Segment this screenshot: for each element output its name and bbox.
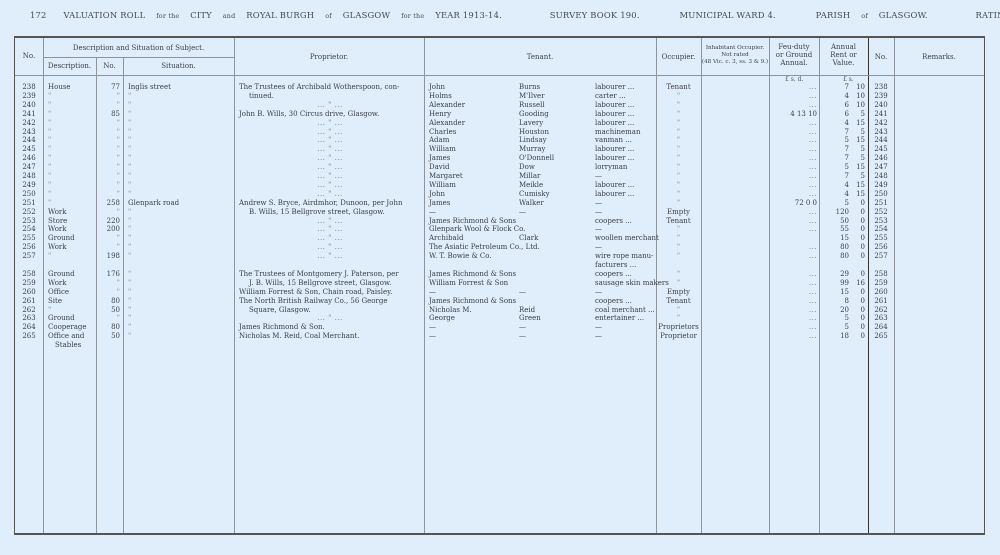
valuation-table: No. Description and Situation of Subject… [14, 36, 985, 535]
proprietor: ... " ... [239, 145, 421, 154]
feu-duty: ... [771, 270, 817, 279]
proprietor: James Richmond & Son. [239, 323, 421, 332]
street-number: 258 [96, 199, 120, 208]
rent-shillings: 0 [851, 252, 865, 261]
col-header-tenant: Tenant. [424, 53, 656, 61]
row-number: 245 [19, 145, 39, 154]
rent-shillings: 15 [851, 181, 865, 190]
street-number: " [96, 101, 120, 110]
tenant-occupation: vanman ... [595, 136, 655, 145]
col-divider [234, 38, 235, 533]
tenant-surname: Clark [519, 234, 589, 243]
survey-book: SURVEY BOOK 190. [550, 10, 640, 20]
tenant-occupation: labourer ... [595, 101, 655, 110]
row-number: 238 [19, 83, 39, 92]
rent-shillings: 0 [851, 199, 865, 208]
occupier: " [656, 270, 701, 279]
rent-shillings: 10 [851, 101, 865, 110]
row-number: 246 [19, 154, 39, 163]
row-number-right: 244 [870, 136, 892, 145]
tenant-surname: — [519, 332, 589, 341]
rent-pounds: 5 [821, 163, 849, 172]
street-number: " [96, 119, 120, 128]
rent-shillings: 0 [851, 323, 865, 332]
proprietor: ... " ... [239, 136, 421, 145]
proprietor: tinued. [249, 92, 431, 101]
situation: Glenpark road [128, 199, 198, 208]
rent-pounds: 7 [821, 154, 849, 163]
tenant-occupation: — [595, 243, 655, 252]
row-number: 251 [19, 199, 39, 208]
rent-pounds: 4 [821, 119, 849, 128]
situation: " [128, 181, 198, 190]
row-number: 248 [19, 172, 39, 181]
tenant-surname: Green [519, 314, 589, 323]
rent-shillings: 10 [851, 92, 865, 101]
rent-pounds: 15 [821, 234, 849, 243]
description: Ground [48, 270, 94, 279]
tenant-occupation: — [595, 208, 655, 217]
rent-shillings: 0 [851, 225, 865, 234]
tenant-occupation: entertainer ... [595, 314, 655, 323]
occupier: " [656, 119, 701, 128]
row-number: 244 [19, 136, 39, 145]
row-number-right: 242 [870, 119, 892, 128]
col-divider [868, 38, 869, 533]
feu-duty: ... [771, 306, 817, 315]
street-number: 200 [96, 225, 120, 234]
occupier: " [656, 145, 701, 154]
tenant-surname: Burns [519, 83, 589, 92]
description: " [48, 101, 94, 110]
col-header-proprietor: Proprietor. [234, 53, 424, 61]
proprietor: The North British Railway Co., 56 George [239, 297, 421, 306]
proprietor: ... " ... [239, 234, 421, 243]
tenant-occupation: labourer ... [595, 83, 655, 92]
row-number: 262 [19, 306, 39, 315]
situation: " [128, 297, 198, 306]
occupier: " [656, 243, 701, 252]
row-number-right: 257 [870, 252, 892, 261]
col-header-no: No. [15, 52, 43, 60]
row-number-right: 256 [870, 243, 892, 252]
situation: " [128, 119, 198, 128]
description: Work [48, 279, 94, 288]
rent-pounds: 7 [821, 145, 849, 154]
feu-duty: ... [771, 225, 817, 234]
roll-title: VALUATION ROLL for the CITY and ROYAL BU… [63, 10, 512, 20]
row-number: 247 [19, 163, 39, 172]
rent-pounds: 80 [821, 243, 849, 252]
street-number: " [96, 154, 120, 163]
rent-pounds: 99 [821, 279, 849, 288]
street-number: " [96, 234, 120, 243]
tenant-occupation: labourer ... [595, 181, 655, 190]
occupier: " [656, 279, 701, 288]
feu-duty: ... [771, 288, 817, 297]
situation: " [128, 234, 198, 243]
feu-duty: 4 13 10 [771, 110, 817, 119]
row-number-right: 243 [870, 128, 892, 137]
occupier: " [656, 234, 701, 243]
tenant-surname: Houston [519, 128, 589, 137]
rent-shillings: 0 [851, 234, 865, 243]
proprietor: ... " ... [239, 128, 421, 137]
row-number-right: 245 [870, 145, 892, 154]
row-number: 255 [19, 234, 39, 243]
situation: " [128, 306, 198, 315]
street-number: " [96, 190, 120, 199]
rating-area: RATING AREA—GLASGOW. [976, 10, 1000, 20]
description: " [48, 172, 94, 181]
feu-duty: ... [771, 252, 817, 261]
rent-pounds: 20 [821, 306, 849, 315]
rent-pounds: 120 [821, 208, 849, 217]
street-number: " [96, 279, 120, 288]
situation: " [128, 190, 198, 199]
feu-duty: ... [771, 83, 817, 92]
tenant-occupation: — [595, 199, 655, 208]
occupier: " [656, 92, 701, 101]
row-number-right: 255 [870, 234, 892, 243]
proprietor: ... " ... [239, 181, 421, 190]
occupier: " [656, 306, 701, 315]
description: Ground [48, 314, 94, 323]
tenant-occupation: wire rope manu- [595, 252, 655, 261]
tenant-first-name: W. T. Bowie & Co. [429, 252, 549, 261]
proprietor: ... " ... [239, 252, 421, 261]
col-header-inhabitant-occupier: Inhabitant Occupier.Not rated(48 Vic. c.… [701, 45, 769, 66]
tenant-occupation: — [595, 323, 655, 332]
street-number: " [96, 172, 120, 181]
tenant-first-name: James Richmond & Sons [429, 297, 549, 306]
page-running-header: 172 VALUATION ROLL for the CITY and ROYA… [30, 10, 990, 20]
situation: " [128, 323, 198, 332]
proprietor: Andrew S. Bryce, Airdmhor, Dunoon, per J… [239, 199, 421, 208]
proprietor: ... " ... [239, 163, 421, 172]
tenant-occupation: coopers ... [595, 217, 655, 226]
rent-shillings: 5 [851, 128, 865, 137]
row-number: 256 [19, 243, 39, 252]
description: House [48, 83, 94, 92]
street-number: " [96, 128, 120, 137]
proprietor: ... " ... [239, 314, 421, 323]
tenant-surname: O'Donnell [519, 154, 589, 163]
col-divider [894, 38, 895, 533]
street-number: " [96, 288, 120, 297]
feu-duty: ... [771, 332, 817, 341]
tenant-first-name: James Richmond & Sons [429, 270, 549, 279]
occupier: " [656, 163, 701, 172]
rent-shillings: 0 [851, 217, 865, 226]
proprietor: The Trustees of Montgomery J. Paterson, … [239, 270, 421, 279]
tenant-surname: Reid [519, 306, 589, 315]
street-number: " [96, 92, 120, 101]
description: " [48, 136, 94, 145]
row-number: 239 [19, 92, 39, 101]
feu-duty: ... [771, 128, 817, 137]
description: " [48, 145, 94, 154]
occupier: " [656, 110, 701, 119]
description: Ground [48, 234, 94, 243]
rent-shillings: 0 [851, 270, 865, 279]
parish: PARISH of GLASGOW. [816, 10, 939, 20]
row-number-right: 240 [870, 101, 892, 110]
occupier: " [656, 190, 701, 199]
col-header-group-description: Description and Situation of Subject. [43, 44, 234, 52]
municipal-ward: MUNICIPAL WARD 4. [679, 10, 775, 20]
row-number-right: 251 [870, 199, 892, 208]
occupier: Tenant [656, 217, 701, 226]
tenant-occupation: coopers ... [595, 270, 655, 279]
row-number-right: 258 [870, 270, 892, 279]
rent-pounds: 4 [821, 92, 849, 101]
tenant-occupation: machineman [595, 128, 655, 137]
proprietor: ... " ... [239, 101, 421, 110]
street-number: " [96, 145, 120, 154]
rent-shillings: 15 [851, 136, 865, 145]
tenant-occupation: carter ... [595, 92, 655, 101]
tenant-surname: — [519, 323, 589, 332]
tenant-surname: Meikle [519, 181, 589, 190]
row-number: 243 [19, 128, 39, 137]
description: Site [48, 297, 94, 306]
tenant-occupation: labourer ... [595, 190, 655, 199]
page-number: 172 [30, 10, 47, 20]
tenant-first-name: William Forrest & Son [429, 279, 549, 288]
feu-duty: ... [771, 145, 817, 154]
occupier: " [656, 136, 701, 145]
occupier: " [656, 172, 701, 181]
situation: " [128, 279, 198, 288]
description: " [48, 154, 94, 163]
rent-shillings: 15 [851, 163, 865, 172]
row-number: 252 [19, 208, 39, 217]
rent-shillings: 15 [851, 190, 865, 199]
description: " [48, 110, 94, 119]
row-number-right: 253 [870, 217, 892, 226]
rent-pounds: 7 [821, 128, 849, 137]
street-number: 50 [96, 306, 120, 315]
description: Work [48, 243, 94, 252]
street-number: 85 [96, 110, 120, 119]
col-header-occupier: Occupier. [656, 53, 701, 61]
feu-currency-units: £ s. d. [785, 76, 803, 83]
row-number: 265 [19, 332, 39, 341]
street-number: " [96, 163, 120, 172]
description: " [48, 119, 94, 128]
col-header-description: Description. [43, 62, 96, 70]
row-number-right: 248 [870, 172, 892, 181]
rent-shillings: 0 [851, 297, 865, 306]
row-number: 260 [19, 288, 39, 297]
street-number: 77 [96, 83, 120, 92]
proprietor: J. B. Wills, 15 Bellgrove street, Glasgo… [249, 279, 431, 288]
row-number-right: 261 [870, 297, 892, 306]
row-number: 261 [19, 297, 39, 306]
occupier: " [656, 314, 701, 323]
feu-duty: ... [771, 172, 817, 181]
description: " [48, 199, 94, 208]
tenant-first-name: The Asiatic Petroleum Co., Ltd. [429, 243, 549, 252]
rent-pounds: 55 [821, 225, 849, 234]
occupier: Tenant [656, 83, 701, 92]
street-number: " [96, 181, 120, 190]
row-number: 240 [19, 101, 39, 110]
row-number: 249 [19, 181, 39, 190]
row-number: 259 [19, 279, 39, 288]
rent-pounds: 4 [821, 181, 849, 190]
col-divider [123, 58, 124, 533]
rent-pounds: 50 [821, 217, 849, 226]
proprietor: ... " ... [239, 119, 421, 128]
feu-duty: ... [771, 297, 817, 306]
tenant-occupation: — [595, 288, 655, 297]
rent-pounds: 5 [821, 314, 849, 323]
feu-duty: ... [771, 208, 817, 217]
col-divider [769, 38, 770, 533]
rent-pounds: 5 [821, 199, 849, 208]
occupier: " [656, 252, 701, 261]
street-number: " [96, 314, 120, 323]
street-number: " [96, 208, 120, 217]
rent-pounds: 80 [821, 252, 849, 261]
tenant-surname: Murray [519, 145, 589, 154]
col-header-situation: Situation. [123, 62, 234, 70]
rent-pounds: 29 [821, 270, 849, 279]
street-number: " [96, 243, 120, 252]
col-header-street-no: No. [96, 62, 123, 70]
situation: " [128, 314, 198, 323]
row-number-right: 260 [870, 288, 892, 297]
tenant-occupation: coopers ... [595, 297, 655, 306]
tenant-surname: — [519, 288, 589, 297]
rent-pounds: 8 [821, 297, 849, 306]
row-number-right: 265 [870, 332, 892, 341]
row-number-right: 239 [870, 92, 892, 101]
proprietor: ... " ... [239, 243, 421, 252]
occupier: " [656, 154, 701, 163]
tenant-occupation: labourer ... [595, 110, 655, 119]
feu-duty: ... [771, 154, 817, 163]
proprietor: ... " ... [239, 217, 421, 226]
rent-shillings: 5 [851, 110, 865, 119]
tenant-occupation: — [595, 172, 655, 181]
feu-duty: 72 0 0 [771, 199, 817, 208]
situation: " [128, 154, 198, 163]
situation: " [128, 92, 198, 101]
description: " [48, 252, 94, 261]
occupier: " [656, 199, 701, 208]
rent-shillings: 15 [851, 119, 865, 128]
occupier: " [656, 128, 701, 137]
feu-duty: ... [771, 101, 817, 110]
col-header-remarks: Remarks. [894, 53, 984, 61]
occupier: Proprietors [656, 323, 701, 332]
rent-shillings: 0 [851, 306, 865, 315]
feu-duty: ... [771, 136, 817, 145]
feu-duty: ... [771, 181, 817, 190]
situation: Inglis street [128, 83, 198, 92]
tenant-occupation: sausage skin makers [595, 279, 655, 288]
tenant-first-name: Glenpark Wool & Flock Co. [429, 225, 549, 234]
rent-shillings: 0 [851, 288, 865, 297]
row-number: 257 [19, 252, 39, 261]
row-number-right: 262 [870, 306, 892, 315]
rent-pounds: 5 [821, 136, 849, 145]
col-divider [819, 38, 820, 533]
occupier: Tenant [656, 297, 701, 306]
tenant-occupation: woollen merchant [595, 234, 655, 243]
row-number: 242 [19, 119, 39, 128]
description: Work [48, 225, 94, 234]
tenant-surname: Russell [519, 101, 589, 110]
description: " [48, 190, 94, 199]
tenant-occupation: — [595, 225, 655, 234]
situation: " [128, 252, 198, 261]
rent-pounds: 5 [821, 323, 849, 332]
row-number: 253 [19, 217, 39, 226]
situation: " [128, 225, 198, 234]
tenant-surname: M'Ilver [519, 92, 589, 101]
proprietor: ... " ... [239, 225, 421, 234]
rent-pounds: 6 [821, 110, 849, 119]
occupier: " [656, 181, 701, 190]
situation: " [128, 208, 198, 217]
tenant-surname: Lindsay [519, 136, 589, 145]
row-number-right: 263 [870, 314, 892, 323]
row-number: 241 [19, 110, 39, 119]
rent-pounds: 15 [821, 288, 849, 297]
feu-duty: ... [771, 190, 817, 199]
rent-pounds: 6 [821, 101, 849, 110]
row-number-right: 264 [870, 323, 892, 332]
situation: " [128, 270, 198, 279]
row-number: 254 [19, 225, 39, 234]
proprietor: ... " ... [239, 172, 421, 181]
situation: " [128, 288, 198, 297]
feu-duty: ... [771, 217, 817, 226]
feu-duty: ... [771, 92, 817, 101]
situation: " [128, 172, 198, 181]
rent-shillings: 10 [851, 83, 865, 92]
proprietor: William Forrest & Son, Chain road, Paisl… [239, 288, 421, 297]
street-number: 80 [96, 297, 120, 306]
situation: " [128, 145, 198, 154]
proprietor: Nicholas M. Reid, Coal Merchant. [239, 332, 421, 341]
situation: " [128, 332, 198, 341]
description: Stables [55, 341, 101, 350]
feu-duty: ... [771, 279, 817, 288]
description: Work [48, 208, 94, 217]
proprietor: Square, Glasgow. [249, 306, 431, 315]
rent-pounds: 7 [821, 172, 849, 181]
proprietor: ... " ... [239, 190, 421, 199]
row-number: 250 [19, 190, 39, 199]
description: " [48, 92, 94, 101]
description: Office [48, 288, 94, 297]
situation: " [128, 217, 198, 226]
tenant-surname: Dow [519, 163, 589, 172]
row-number-right: 249 [870, 181, 892, 190]
street-number: 198 [96, 252, 120, 261]
col-divider [43, 38, 44, 533]
tenant-surname: Lavery [519, 119, 589, 128]
row-number-right: 246 [870, 154, 892, 163]
situation: " [128, 163, 198, 172]
feu-duty: ... [771, 163, 817, 172]
street-number: 176 [96, 270, 120, 279]
